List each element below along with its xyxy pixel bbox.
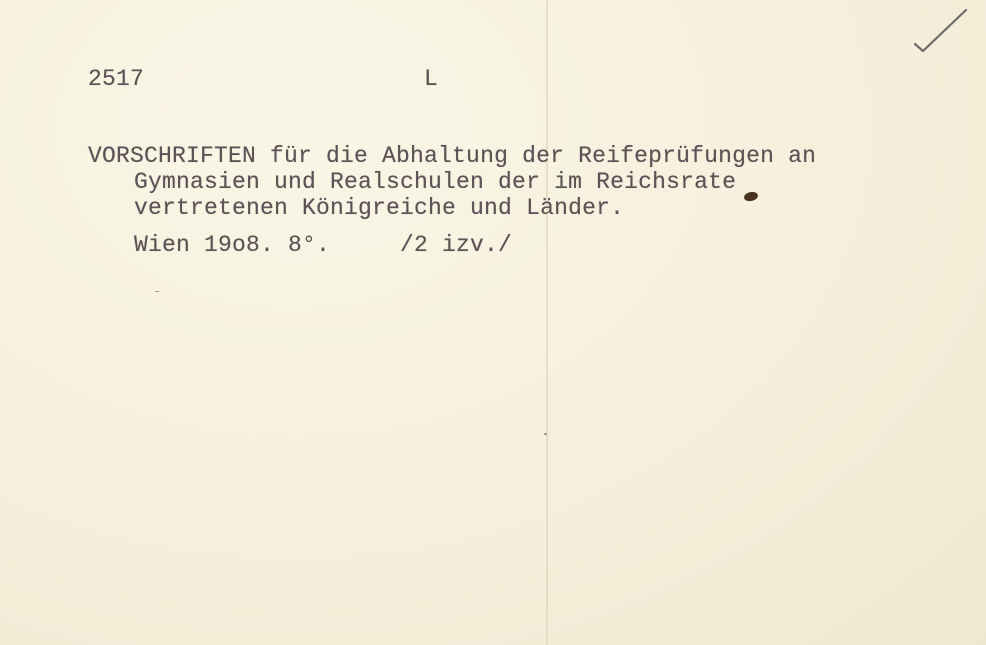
- ink-spot: [743, 191, 759, 203]
- paper-speck: [155, 291, 159, 292]
- entry-title-line-2: Gymnasien und Realschulen der im Reichsr…: [134, 169, 736, 195]
- call-number: 2517: [88, 66, 144, 92]
- entry-imprint-line: Wien 19o8. 8°. /2 izv./: [134, 232, 512, 258]
- entry-title-line-1: VORSCHRIFTEN für die Abhaltung der Reife…: [88, 143, 816, 169]
- entry-title-line-3: vertretenen Königreiche und Länder.: [134, 195, 624, 221]
- shelf-letter: L: [424, 66, 438, 92]
- checkmark-icon: [910, 6, 970, 56]
- paper-speck: [544, 433, 547, 435]
- catalog-card: 2517 L VORSCHRIFTEN für die Abhaltung de…: [0, 0, 986, 645]
